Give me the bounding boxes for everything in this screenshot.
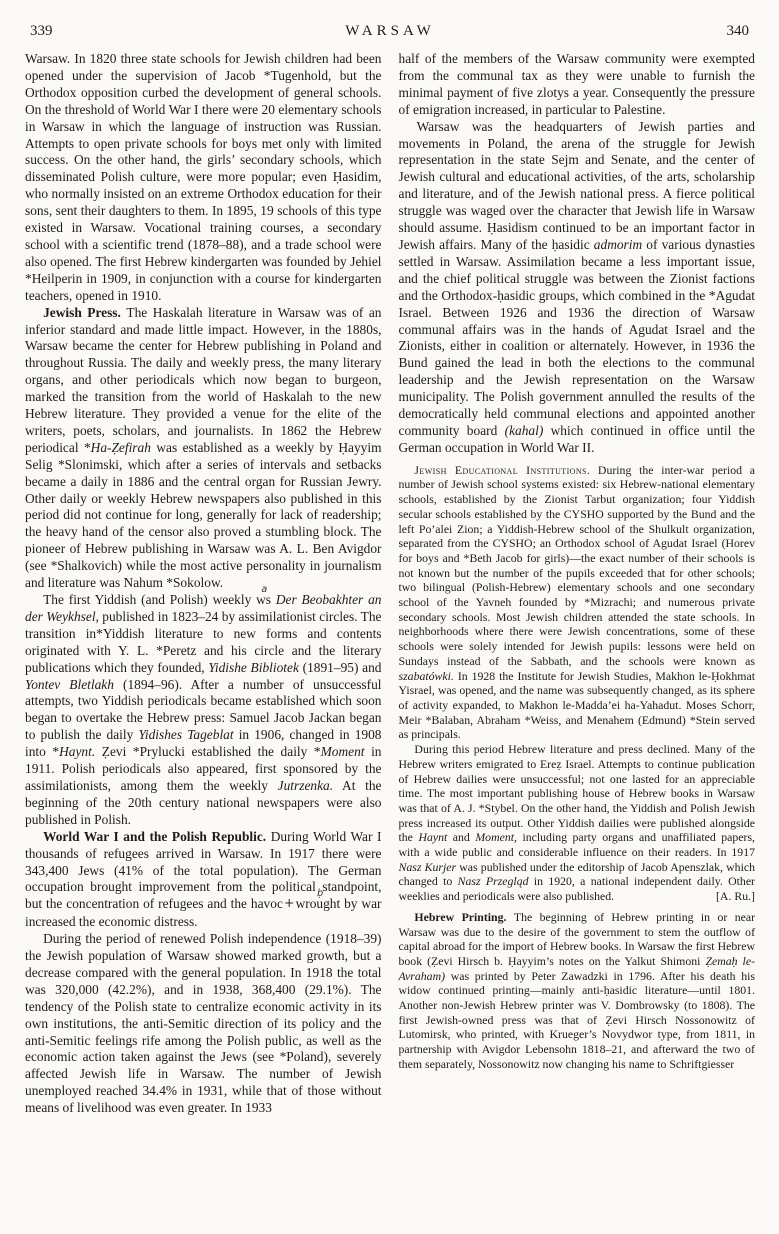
right-page-number: 340 (727, 22, 750, 40)
text-segment: Jutrzenka. (278, 778, 333, 793)
text-segment: and (447, 830, 475, 844)
text-segment: (1891–95) and (299, 660, 382, 675)
handwritten-annotation: ḅ (317, 889, 323, 899)
text-segment: half of the members of the Warsaw commun… (399, 51, 756, 117)
text-segment: was printed by Peter Zawadzki in 1796. A… (399, 969, 756, 1071)
text-segment: wroughtḅ (296, 896, 341, 913)
author-signature: [A. Ru.] (700, 889, 755, 904)
para-jewish-educational-institutions: Jewish Educational Institutions. During … (399, 463, 756, 742)
para-jewish-parties: Warsaw was the headquarters of Jewish pa… (399, 119, 756, 457)
text-segment: Moment (321, 744, 365, 759)
para-yiddish-press: The first Yiddish (and Polish) weekly ws… (25, 592, 382, 829)
text-segment: The Haskalah literature in Warsaw was of… (25, 305, 382, 455)
text-segment: Yidishes Tageblat (138, 727, 233, 742)
para-jewish-press: Jewish Press. The Haskalah literature in… (25, 305, 382, 592)
text-segment: Haynt. (59, 744, 95, 759)
bold-lead: Jewish Press. (43, 305, 126, 320)
para-schools-continuation: Warsaw. In 1820 three state schools for … (25, 51, 382, 305)
text-segment: During the period of renewed Polish inde… (25, 931, 382, 1115)
handwritten-annotation: a (261, 585, 267, 595)
para-communal-tax: half of the members of the Warsaw commun… (399, 51, 756, 119)
para-hebrew-printing: Hebrew Printing. The beginning of Hebrew… (399, 910, 756, 1072)
text-segment: Yontev Bletlakh (25, 677, 114, 692)
text-segment: was established as a weekly by Ḥayyim Se… (25, 440, 382, 590)
text-segment: Ẓevi *Prylucki established the daily * (95, 744, 320, 759)
text-segment: During this period Hebrew literature and… (399, 742, 756, 844)
page-header: 339 WARSAW 340 (25, 22, 755, 42)
text-segment: wsa (256, 592, 271, 609)
text-segment: szabatówki. (399, 669, 454, 683)
text-segment: During the inter-war period a number of … (399, 463, 756, 668)
bold-lead: Hebrew Printing. (414, 910, 513, 924)
text-segment: Moment, (475, 830, 517, 844)
text-segment: Nasz Kurjer (399, 860, 457, 874)
text-segment: Nasz Przegląd (458, 874, 529, 888)
text-segment: The first Yiddish (and Polish) weekly (43, 592, 256, 607)
text-segment: Ha-Ẓefirah (91, 440, 151, 455)
handwritten-mark: + (284, 896, 295, 911)
small-caps-heading: Jewish Educational Institutions. (414, 463, 590, 477)
text-segment: Warsaw was the headquarters of Jewish pa… (399, 119, 756, 252)
text-segment: Haynt (418, 830, 447, 844)
encyclopedia-page: 339 WARSAW 340 Warsaw. In 1820 three sta… (0, 0, 779, 1234)
text-columns: Warsaw. In 1820 three state schools for … (25, 51, 755, 1117)
para-hebrew-literature-declined: During this period Hebrew literature and… (399, 742, 756, 904)
right-column: half of the members of the Warsaw commun… (399, 51, 756, 1117)
text-segment: Yidishe Bibliotek (208, 660, 299, 675)
text-segment: of various dynasties settled in Warsaw. … (399, 237, 756, 438)
para-polish-independence: During the period of renewed Polish inde… (25, 931, 382, 1117)
left-column: Warsaw. In 1820 three state schools for … (25, 51, 382, 1117)
para-world-war-1: World War I and the Polish Republic. Dur… (25, 829, 382, 931)
bold-lead: World War I and the Polish Republic. (43, 829, 271, 844)
text-segment: admorim (594, 237, 642, 252)
running-title: WARSAW (25, 22, 755, 40)
text-segment: (kahal) (505, 423, 544, 438)
text-segment: Warsaw. In 1820 three state schools for … (25, 51, 382, 303)
